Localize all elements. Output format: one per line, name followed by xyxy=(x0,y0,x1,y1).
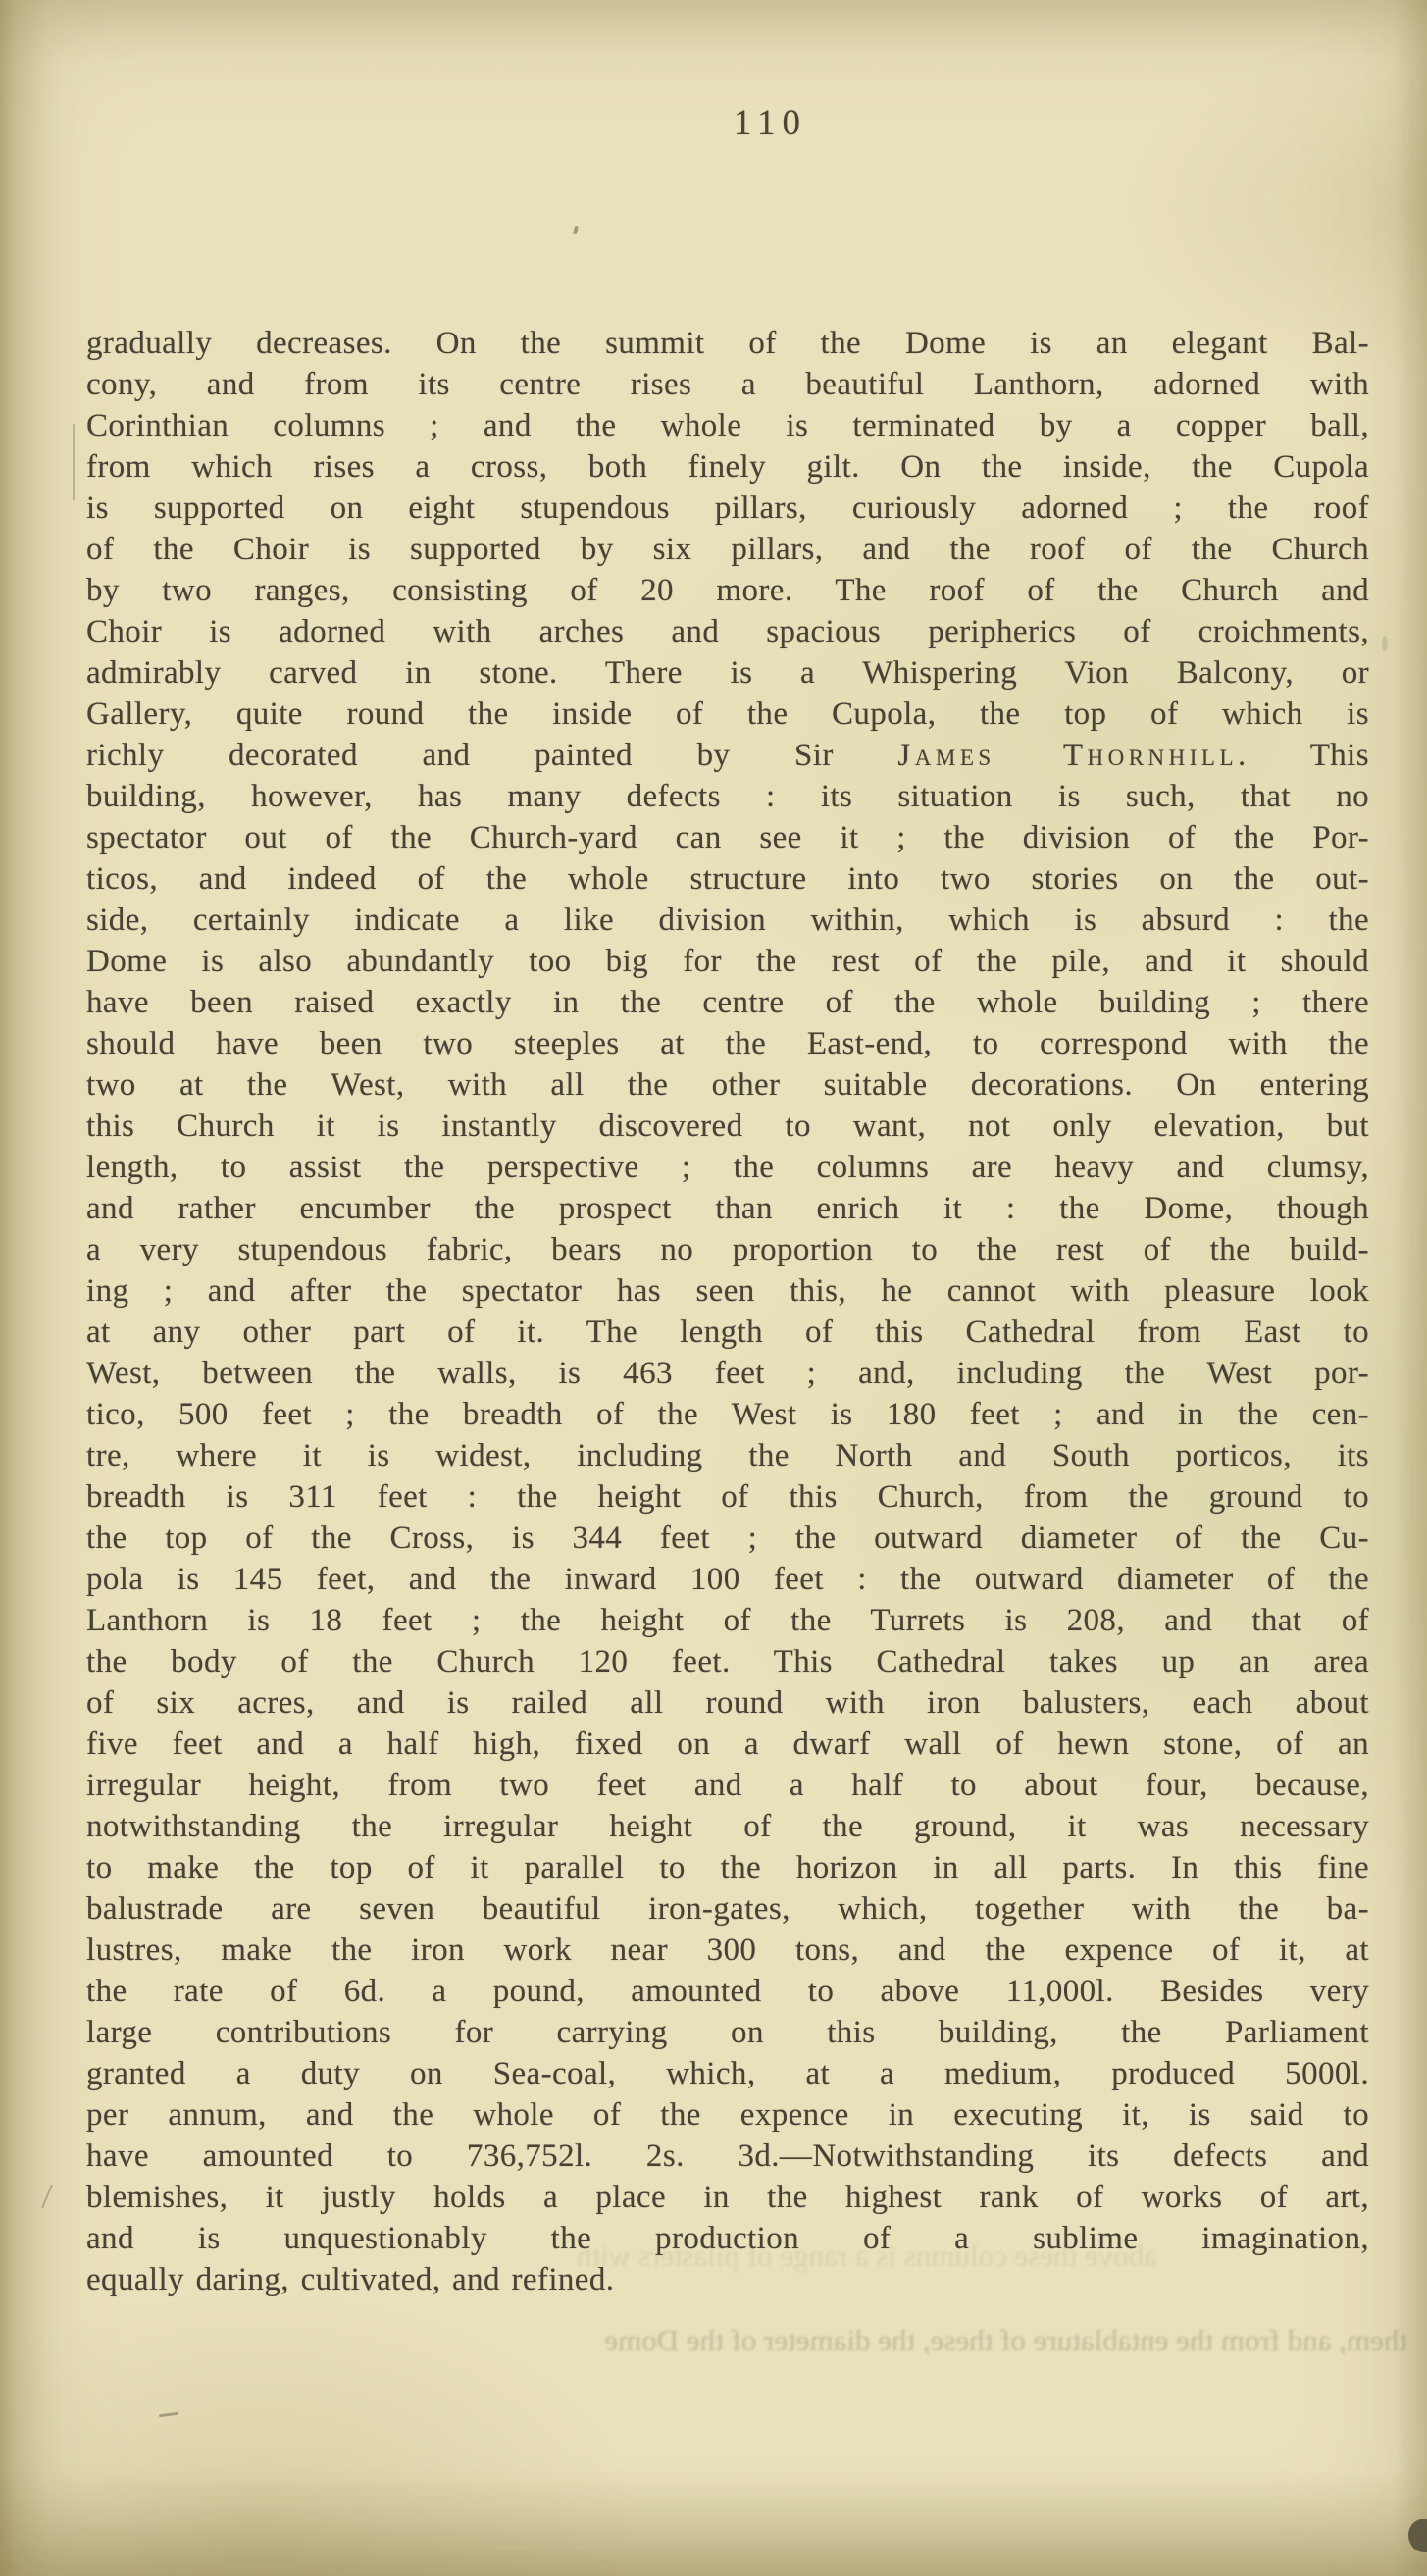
text-line: richly decorated and painted by Sir Jame… xyxy=(86,735,1369,776)
text-line: the body of the Church 120 feet. This Ca… xyxy=(86,1641,1369,1682)
text-line: West, between the walls, is 463 feet ; a… xyxy=(86,1353,1369,1394)
text-line: ticos, and indeed of the whole structure… xyxy=(86,858,1369,900)
text-line: by two ranges, consisting of 20 more. Th… xyxy=(86,570,1369,611)
ink-mark xyxy=(159,2412,178,2418)
ink-mark xyxy=(41,2185,53,2209)
text-line: Gallery, quite round the inside of the C… xyxy=(86,694,1369,735)
stain-mark xyxy=(1382,636,1388,651)
ink-mark xyxy=(573,226,579,235)
show-through-text-lower: them, and from the entablature of these,… xyxy=(147,2323,1407,2358)
body-text: gradually decreases. On the summit of th… xyxy=(86,323,1369,2300)
text-line: of six acres, and is railed all round wi… xyxy=(86,1682,1369,1724)
text-line: tico, 500 feet ; the breadth of the West… xyxy=(86,1394,1369,1435)
text-line: have been raised exactly in the centre o… xyxy=(86,982,1369,1023)
text-line: Corinthian columns ; and the whole is te… xyxy=(86,405,1369,446)
text-line: spectator out of the Church-yard can see… xyxy=(86,817,1369,858)
text-line: should have been two steeples at the Eas… xyxy=(86,1023,1369,1064)
text-line: of the Choir is supported by six pillars… xyxy=(86,529,1369,570)
text-line: the rate of 6d. a pound, amounted to abo… xyxy=(86,1971,1369,2012)
text-line: granted a duty on Sea-coal, which, at a … xyxy=(86,2053,1369,2094)
text-line: a very stupendous fabric, bears no propo… xyxy=(86,1229,1369,1270)
text-line: gradually decreases. On the summit of th… xyxy=(86,323,1369,364)
text-line: admirably carved in stone. There is a Wh… xyxy=(86,652,1369,694)
text-line: large contributions for carrying on this… xyxy=(86,2012,1369,2053)
text-line: have amounted to 736,752l. 2s. 3d.—Notwi… xyxy=(86,2136,1369,2177)
page-number: 110 xyxy=(57,102,1427,144)
ink-blot xyxy=(1408,2519,1427,2552)
text-line: cony, and from its centre rises a beauti… xyxy=(86,364,1369,405)
text-line: tre, where it is widest, including the N… xyxy=(86,1435,1369,1476)
text-line: pola is 145 feet, and the inward 100 fee… xyxy=(86,1559,1369,1600)
text-line: this Church it is instantly discovered t… xyxy=(86,1106,1369,1147)
text-line: irregular height, from two feet and a ha… xyxy=(86,1765,1369,1806)
text-line: breadth is 311 feet : the height of this… xyxy=(86,1476,1369,1518)
text-line: from which rises a cross, both finely gi… xyxy=(86,446,1369,488)
ink-mark xyxy=(73,424,75,500)
text-line: Dome is also abundantly too big for the … xyxy=(86,941,1369,982)
text-line: five feet and a half high, fixed on a dw… xyxy=(86,1724,1369,1765)
text-line: blemishes, it justly holds a place in th… xyxy=(86,2177,1369,2218)
text-line: Lanthorn is 18 feet ; the height of the … xyxy=(86,1600,1369,1641)
text-line: to make the top of it parallel to the ho… xyxy=(86,1847,1369,1888)
text-line: the top of the Cross, is 344 feet ; the … xyxy=(86,1518,1369,1559)
text-line: length, to assist the perspective ; the … xyxy=(86,1147,1369,1188)
text-line: Choir is adorned with arches and spaciou… xyxy=(86,611,1369,652)
text-line: two at the West, with all the other suit… xyxy=(86,1064,1369,1106)
text-line: at any other part of it. The length of t… xyxy=(86,1312,1369,1353)
text-line: notwithstanding the irregular height of … xyxy=(86,1806,1369,1847)
text-line: per annum, and the whole of the expence … xyxy=(86,2094,1369,2136)
text-line: balustrade are seven beautiful iron-gate… xyxy=(86,1888,1369,1930)
book-page: 110 gradually decreases. On the summit o… xyxy=(0,0,1427,2576)
text-line: and rather encumber the prospect than en… xyxy=(86,1188,1369,1229)
text-line: building, however, has many defects : it… xyxy=(86,776,1369,817)
text-line: is supported on eight stupendous pillars… xyxy=(86,488,1369,529)
text-line: lustres, make the iron work near 300 ton… xyxy=(86,1930,1369,1971)
text-line: ing ; and after the spectator has seen t… xyxy=(86,1270,1369,1312)
text-line: side, certainly indicate a like division… xyxy=(86,900,1369,941)
show-through-text-upper: above these columns is a range of pilast… xyxy=(245,2239,1157,2274)
